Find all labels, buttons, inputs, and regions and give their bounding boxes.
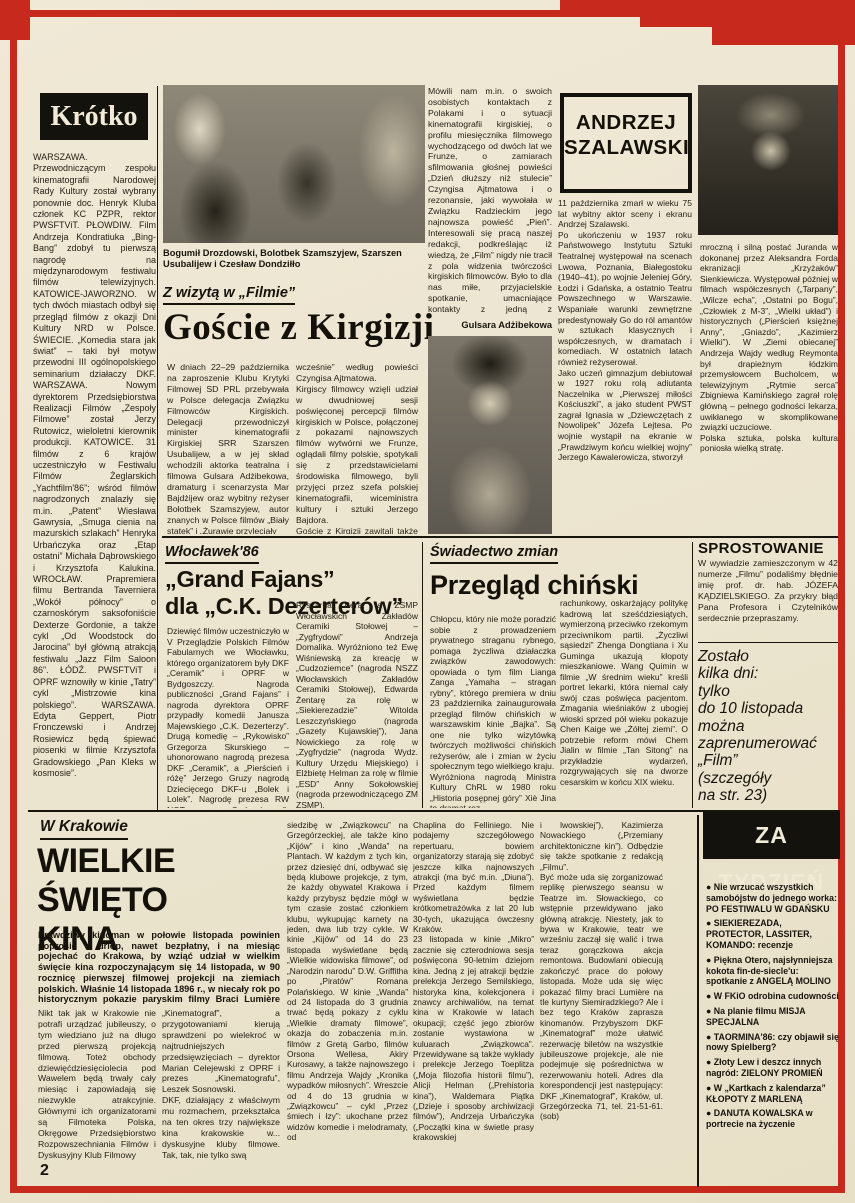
kicker-z-wizyta: Z wizytą w „Filmie” [163,284,295,305]
frame-left [10,10,17,1193]
za-tydzien-item: W „Kartkach z kalendarza” KŁOPOTY Z MARL… [706,1083,840,1105]
szalawski-col2: mroczną i silną postać Juranda w dokonan… [700,242,838,536]
chinski-col1: Chłopcu, który nie może poradzić sobie z… [430,614,556,808]
kicker-wloclawek: Włocławek'86 [165,543,259,564]
sprostowanie-rule [698,642,838,643]
kirgizja-col1: W dniach 22–29 października na zaproszen… [167,362,289,534]
kicker-krakow-label: W Krakowie [40,818,128,840]
za-tydzien-title-box: ZA TYDZIEŃ [703,812,840,859]
za-tydzien-item: Złoty Lew i deszcz innych nagród: ZIELON… [706,1057,840,1079]
print-mark-corner [0,0,30,40]
krakow-col4: Chaplina do Felliniego. Nie podajemy szc… [413,820,534,1188]
divider-horizontal-mid [162,536,838,538]
gulsara-photo [428,336,552,534]
delegation-photo [163,85,425,243]
szalawski-col1: 11 października zmarł w wieku 75 lat wyb… [558,198,692,536]
delegation-photo-caption: Bogumił Drozdowski, Bolotbek Szamszyjew,… [163,248,425,274]
za-tydzien-item: TAORMINA'86: czy objawił się nowy Spielb… [706,1032,840,1054]
za-tydzien-item: W FKiO odrobina cudowności [706,991,840,1002]
szalawski-photo [698,85,838,235]
krakow-col1: Nikt tak jak w Krakowie nie potrafi urzą… [38,1008,156,1160]
divider-vertical-zt [697,815,699,1187]
divider-vertical-left [157,86,158,810]
kirgizja-headline: Goście z Kirgizji [163,306,463,350]
divider-vertical-mid1 [422,542,423,808]
za-tydzien-item: Nie wrzucać wszystkich samobójstw do jed… [706,882,840,914]
krakow-lead: Prawdziwy kinoman w połowie listopada po… [38,930,280,1004]
krakow-col3: siedzibę w „Związkowcu” na Grzegórzeckie… [287,820,408,1188]
szalawski-title-box: ANDRZEJ SZALAWSKI [560,93,692,193]
kicker-wloclawek-label: Włocławek'86 [165,544,259,564]
kicker-z-wizyta-label: Z wizytą w „Filmie” [163,285,295,305]
print-mark-fragment [640,14,725,27]
prenumerata-notice: Zostało kilka dni: tylko do 10 listopada… [698,648,843,806]
divider-vertical-mid2 [692,542,693,808]
kicker-swiadectwo: Świadectwo zmian [430,543,558,564]
krakow-col2: „Kinematograf”, a przygotowaniami kieruj… [162,1008,280,1160]
wloclawek-col2: Ryszarda Bera, a ZSMP Włocławskich Zakła… [296,600,418,808]
za-tydzien-item: DANUTA KOWALSKA w portrecie na życzenie [706,1108,840,1130]
kirgizja-col3: Mówili nam m.in. o swoich osobistych kon… [428,86,552,314]
sprostowanie-title: SPROSTOWANIE [698,540,840,556]
page-number: 2 [40,1162,49,1180]
sprostowanie-body: W wywiadzie zamieszczonym w 42 numerze „… [698,558,838,638]
krakow-col5: i lwowskiej”), Kazimierza Nowackiego („P… [540,820,663,1188]
gulsara-caption: Gulsara Adżibekowa [428,320,552,332]
krotko-title: Krótko [50,101,137,132]
za-tydzien-item: SIEKIEREZADA, PROTECTOR, LASSITER, KOMAN… [706,918,840,950]
za-tydzien-list: Nie wrzucać wszystkich samobójstw do jed… [706,882,840,1182]
krotko-news-column: WARSZAWA. Przewodniczącym zespołu kinema… [33,152,156,807]
chinski-col2: rachunkowy, oskarżający politykę kadrową… [560,598,688,808]
krakow-headline: WIELKIE ŚWIĘTO KINA [37,842,297,924]
za-tydzien-item: Piękna Otero, najsłynniejsza kokota fin-… [706,955,840,987]
wloclawek-col1: Dziewięć filmów uczestniczyło w V Przegl… [167,626,289,808]
magazine-page: Krótko WARSZAWA. Przewodniczącym zespołu… [0,0,855,1203]
krotko-title-box: Krótko [40,93,148,140]
kirgizja-col2: wcześnie” według powieści Czyngisa Ajtma… [296,362,418,534]
print-mark-blob [712,0,855,45]
kicker-krakow: W Krakowie [40,818,128,840]
za-tydzien-item: Na planie filmu MISJA SPECJALNA [706,1006,840,1028]
kicker-swiadectwo-label: Świadectwo zmian [430,544,558,564]
